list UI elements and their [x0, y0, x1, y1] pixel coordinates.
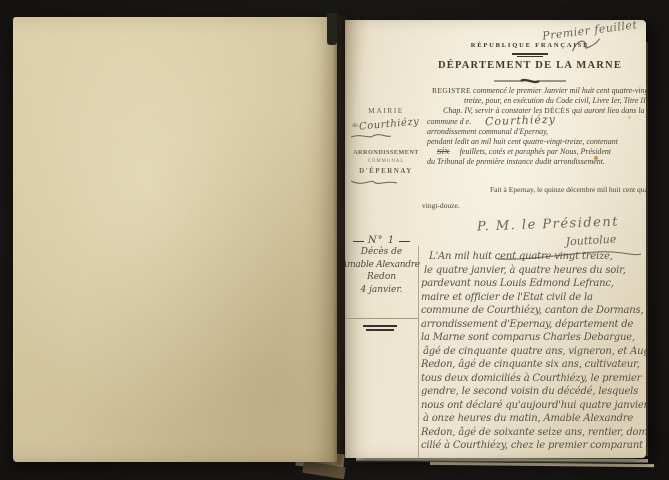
margin-horizontal-rule [345, 318, 418, 319]
republique-title: RÉPUBLIQUE FRANÇAISE [423, 42, 637, 49]
arrondissement-label: ARRONDISSEMENT [349, 149, 423, 156]
margin-entry-line: Redon [345, 271, 418, 284]
act-line: le quatre janvier, à quatre heures du so… [421, 265, 646, 279]
act-line: la Marne sont comparus Charles Debargue, [421, 332, 646, 346]
right-page-content: Premier feuillet RÉPUBLIQUE FRANÇAISE DÉ… [345, 20, 646, 458]
handwritten-commune-name: Courthiézy [485, 115, 556, 127]
left-page-blank [13, 17, 337, 462]
act-line: âgé de cinquante quatre ans, vigneron, e… [421, 346, 646, 360]
fait-a-epernay-line: vingt-douze. [422, 201, 460, 210]
registre-preamble: REGISTRE commencé le premier Janvier mil… [427, 86, 645, 167]
president-signature: Jouttolue [541, 231, 642, 249]
registre-word: REGISTRE [432, 86, 471, 95]
stamp-flourish-icon [349, 178, 423, 187]
act-line: maire et officier de l'Etat civil de la [421, 292, 646, 306]
right-page-register: Premier feuillet RÉPUBLIQUE FRANÇAISE DÉ… [345, 20, 646, 458]
registre-line: REGISTRE commencé le premier Janvier mil… [427, 86, 645, 96]
act-line: nous ont déclaré qu'aujourd'hui quatre j… [421, 400, 646, 414]
margin-double-dash [363, 325, 397, 331]
margin-entry-line: 4 janvier. [345, 284, 418, 297]
handwritten-commune-name: Courthiézy [359, 116, 420, 132]
act-number: N° 1 [345, 235, 418, 246]
communal-label: COMMUNAL [349, 159, 423, 164]
departement-title: DÉPARTEMENT DE LA MARNE [423, 60, 637, 71]
epernay-label: D'ÉPERNAY [349, 167, 423, 175]
registre-line: treize, pour, en exécution du Code civil… [427, 96, 645, 106]
act-line: Redon, âgé de soixante seize ans, rentie… [421, 427, 646, 441]
handwritten-sheet-count: six [437, 147, 450, 157]
bookmark-ribbon [327, 13, 337, 45]
fait-a-epernay-line: Fait à Epernay, le quinze décembre mil h… [490, 185, 646, 194]
act-line: L'An mil huit cent quatre vingt treize, [421, 251, 646, 265]
registre-line: sixfeuillets, cotés et paraphés par Nous… [427, 147, 645, 157]
act-line: pardevant nous Louis Edmond Lefranc, [421, 278, 646, 292]
registre-line: commune d e.Courthiézy [427, 116, 645, 127]
ornament-rule-icon [493, 77, 567, 85]
mairie-label: MAIRIE [349, 106, 423, 115]
act-line: à onze heures du matin, Amable Alexandre [421, 413, 646, 427]
registre-line: pendant ledit an mil huit cent quatre-vi… [427, 137, 645, 147]
death-act-handwritten-text: L'An mil huit cent quatre vingt treize, … [421, 251, 646, 454]
mairie-commune-line: de Courthiézy [349, 119, 423, 130]
act-line: commune de Courthiézy, canton de Dormans… [421, 305, 646, 319]
margin-vertical-rule [418, 246, 419, 458]
act-line: gendre, le second voisin du décédé, lesq… [421, 386, 646, 400]
act-line: arrondissement d'Epernay, département de [421, 319, 646, 333]
page-edge-highlight [646, 42, 648, 456]
stamp-flourish-icon [349, 133, 423, 140]
act-line: cilié à Courthiézy, chez le premier comp… [421, 440, 646, 454]
act-line: tous deux domiciliés à Courthiézy, le pr… [421, 373, 646, 387]
header-rule [512, 53, 548, 57]
foxing-spot [594, 156, 598, 160]
registre-line: du Tribunal de première instance dudit a… [427, 157, 645, 167]
foxing-spot [628, 116, 631, 119]
act-line: Redon, âgé de cinquante six ans, cultiva… [421, 359, 646, 373]
registre-line: arrondissement communal d'Epernay, [427, 127, 645, 137]
margin-entry-deces: N° 1 Décès de Amable Alexandre Redon 4 j… [345, 235, 418, 296]
margin-entry-line: Décès de [345, 246, 418, 259]
mairie-stamp-block: MAIRIE de Courthiézy ARRONDISSEMENT COMM… [349, 106, 423, 187]
margin-entry-line: Amable Alexandre [345, 259, 418, 272]
scanned-register-spread: Premier feuillet RÉPUBLIQUE FRANÇAISE DÉ… [0, 0, 669, 480]
